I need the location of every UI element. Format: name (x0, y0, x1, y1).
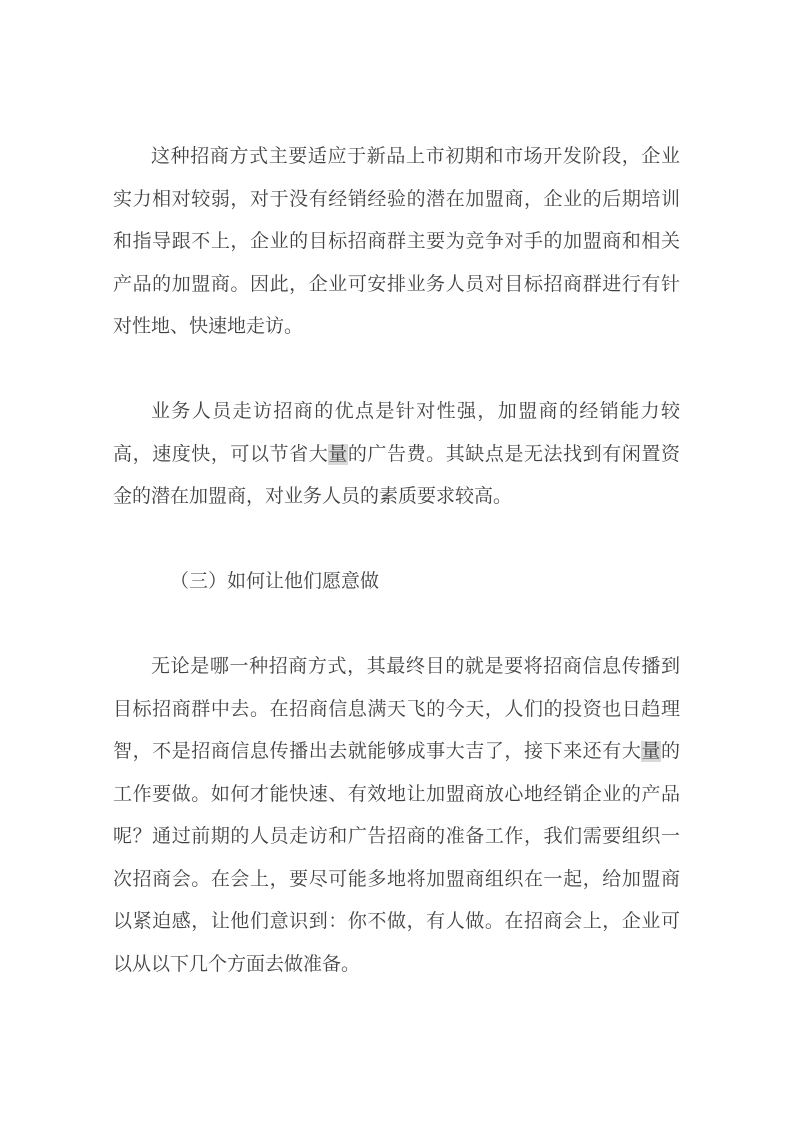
document-body: 这种招商方式主要适应于新品上市初期和市场开发阶段，企业实力相对较弱，对于没有经销… (0, 0, 793, 986)
highlighted-text: 量 (641, 741, 661, 762)
text-segment: 的工作要做。如何才能快速、有效地让加盟商放心地经销企业的产品呢？通过前期的人员走… (113, 741, 680, 975)
highlighted-text: 量 (328, 444, 348, 465)
document-page: 这种招商方式主要适应于新品上市初期和市场开发阶段，企业实力相对较弱，对于没有经销… (0, 0, 793, 1122)
paragraph: 这种招商方式主要适应于新品上市初期和市场开发阶段，企业实力相对较弱，对于没有经销… (113, 136, 680, 349)
text-segment: 这种招商方式主要适应于新品上市初期和市场开发阶段，企业实力相对较弱，对于没有经销… (113, 146, 680, 337)
text-segment: （三）如何让他们愿意做 (170, 571, 379, 592)
text-segment: 无论是哪一种招商方式，其最终目的就是要将招商信息传播到目标招商群中去。在招商信息… (113, 656, 680, 762)
paragraph: 业务人员走访招商的优点是针对性强，加盟商的经销能力较高，速度快，可以节省大量的广… (113, 391, 680, 519)
section-heading: （三）如何让他们愿意做 (113, 561, 680, 604)
paragraph: 无论是哪一种招商方式，其最终目的就是要将招商信息传播到目标招商群中去。在招商信息… (113, 646, 680, 986)
